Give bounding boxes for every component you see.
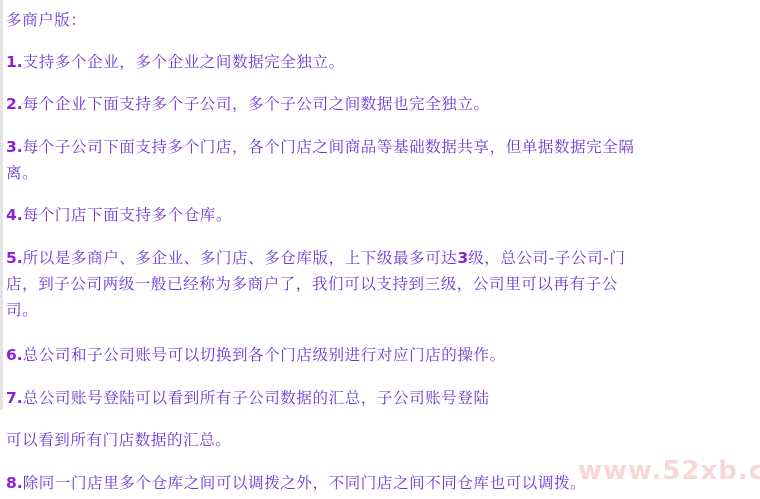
item-number: 6.: [6, 346, 23, 364]
list-item-1: 1.支持多个企业，多个企业之间数据完全独立。: [6, 49, 756, 75]
list-item-3: 3.每个子公司下面支持多个门店，各个门店之间商品等基础数据共享，但单据数据完全隔…: [6, 134, 756, 186]
list-item-2: 2.每个企业下面支持多个子公司，多个子公司之间数据也完全独立。: [6, 91, 756, 117]
item-number: 3.: [6, 138, 23, 156]
list-item-8: 8.除同一门店里多个仓库之间可以调拨之外，不同门店之间不同仓库也可以调拨。: [6, 470, 756, 496]
item-text-continued: 店，到子公司两级一般已经称为多商户了，我们可以支持到三级，公司里可以再有子公: [6, 275, 618, 293]
document-title: 多商户版：: [6, 7, 756, 33]
item-text-continued: 司。: [6, 301, 38, 319]
item-number: 7.: [6, 389, 23, 407]
item-text: 所以是多商户、多企业、多门店、多仓库版，上下级最多可达: [23, 249, 458, 267]
item-number: 2.: [6, 95, 23, 113]
item-text: 每个子公司下面支持多个门店，各个门店之间商品等基础数据共享，但单据数据完全隔: [23, 138, 635, 156]
title-text: 多商户版：: [6, 11, 87, 29]
list-item-7: 7.总公司账号登陆可以看到所有子公司数据的汇总，子公司账号登陆: [6, 385, 756, 411]
left-border-rule: [0, 0, 3, 410]
item-number: 4.: [6, 206, 23, 224]
item-text: 每个企业下面支持多个子公司，多个子公司之间数据也完全独立。: [23, 95, 490, 113]
item-text: 总公司和子公司账号可以切换到各个门店级别进行对应门店的操作。: [23, 346, 506, 364]
item-text: 可以看到所有门店数据的汇总。: [6, 431, 231, 449]
list-item-4: 4.每个门店下面支持多个仓库。: [6, 202, 756, 228]
item-text: 支持多个企业，多个企业之间数据完全独立。: [23, 53, 345, 71]
item-text: 级，总公司-子公司-门: [468, 249, 625, 267]
item-number: 1.: [6, 53, 23, 71]
highlight-number: 3: [457, 249, 468, 267]
list-item-6: 6.总公司和子公司账号可以切换到各个门店级别进行对应门店的操作。: [6, 342, 756, 368]
item-number: 8.: [6, 474, 23, 492]
list-item-7-continued: 可以看到所有门店数据的汇总。: [6, 427, 756, 453]
item-text: 每个门店下面支持多个仓库。: [23, 206, 232, 224]
item-text: 总公司账号登陆可以看到所有子公司数据的汇总，子公司账号登陆: [23, 389, 490, 407]
item-text-continued: 离。: [6, 164, 38, 182]
list-item-5: 5.所以是多商户、多企业、多门店、多仓库版，上下级最多可达3级，总公司-子公司-…: [6, 245, 756, 323]
item-text: 除同一门店里多个仓库之间可以调拨之外，不同门店之间不同仓库也可以调拨。: [23, 474, 587, 492]
item-number: 5.: [6, 249, 23, 267]
